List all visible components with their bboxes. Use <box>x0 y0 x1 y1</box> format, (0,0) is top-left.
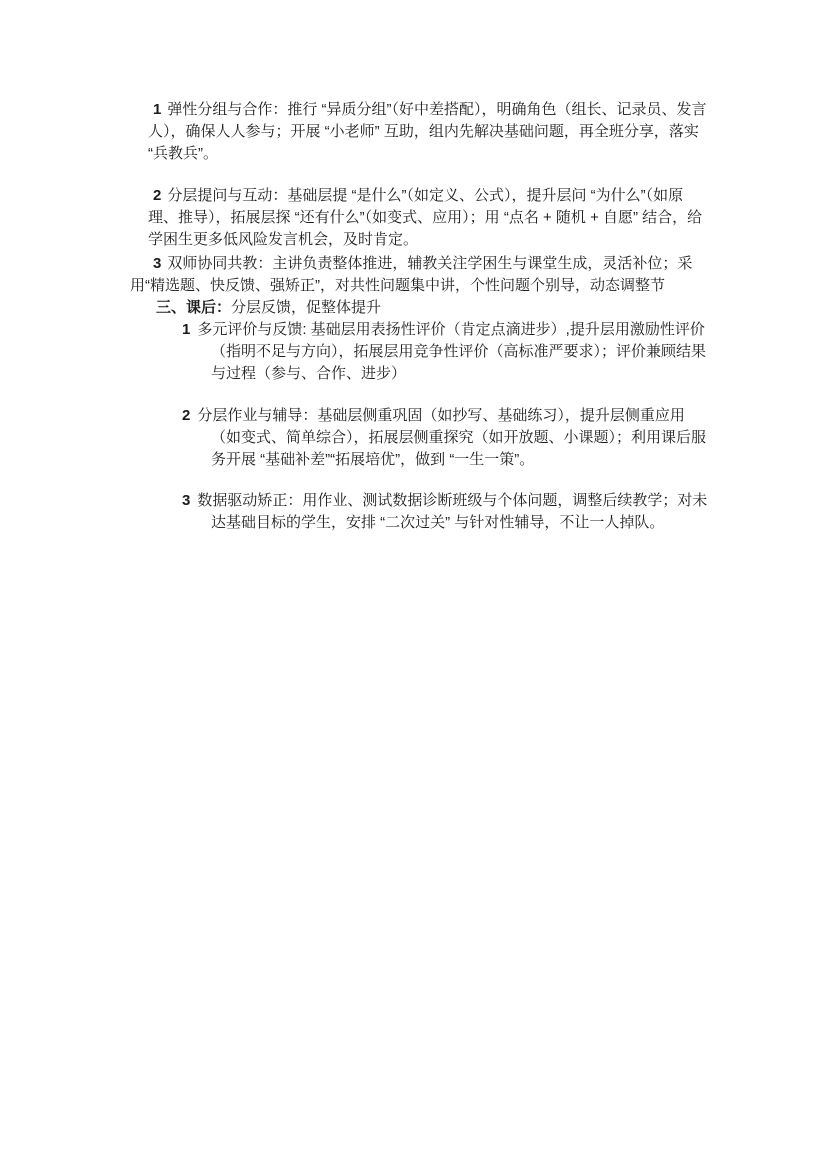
numbered-item-during-2: 2分层提问与互动：基础层提 “是什么”（如定义、公式），提升层问 “为什么”（如… <box>148 185 713 251</box>
list-number: 3 <box>182 492 190 509</box>
blank-line <box>0 165 827 185</box>
document-page: { "page": { "background": "#ffffff", "te… <box>0 0 827 1170</box>
item-text: 分层提问与互动：基础层提 “是什么”（如定义、公式），提升层问 “为什么”（如原… <box>148 187 702 248</box>
numbered-item-after-1: 1多元评价与反馈: 基础层用表扬性评价（肯定点滴进步）,提升层用激励性评价（指明… <box>211 319 713 385</box>
item-text: 分层作业与辅导：基础层侧重巩固（如抄写、基础练习），提升层侧重应用（如变式、简单… <box>197 407 706 468</box>
list-number: 2 <box>153 187 161 204</box>
list-number: 3 <box>153 255 161 272</box>
numbered-item-during-3: 3双师协同共教：主讲负责整体推进，辅教关注学困生与课堂生成，灵活补位；采用“精选… <box>130 253 713 297</box>
item-text: 双师协同共教：主讲负责整体推进，辅教关注学困生与课堂生成，灵活补位；采用“精选题… <box>130 255 692 294</box>
numbered-item-after-3: 3数据驱动矫正：用作业、测试数据诊断班级与个体问题，调整后续教学；对未达基础目标… <box>211 490 713 534</box>
item-text: 数据驱动矫正：用作业、测试数据诊断班级与个体问题，调整后续教学；对未达基础目标的… <box>197 492 707 531</box>
section-heading-title: 分层反馈，促整体提升 <box>231 299 381 316</box>
section-heading-label: 三、课后： <box>156 299 231 316</box>
document-body: 1弹性分组与合作：推行 “异质分组”（好中差搭配），明确角色（组长、记录员、发言… <box>0 99 827 534</box>
numbered-item-during-1: 1弹性分组与合作：推行 “异质分组”（好中差搭配），明确角色（组长、记录员、发言… <box>148 99 713 165</box>
numbered-item-after-2: 2分层作业与辅导：基础层侧重巩固（如抄写、基础练习），提升层侧重应用（如变式、简… <box>211 405 713 471</box>
item-text: 多元评价与反馈: 基础层用表扬性评价（肯定点滴进步）,提升层用激励性评价（指明不… <box>197 321 706 382</box>
list-number: 2 <box>182 407 190 424</box>
list-number: 1 <box>182 321 190 338</box>
item-text: 弹性分组与合作：推行 “异质分组”（好中差搭配），明确角色（组长、记录员、发言人… <box>148 101 707 162</box>
list-number: 1 <box>153 101 161 118</box>
section-heading-after-class: 三、课后：分层反馈，促整体提升 <box>156 297 713 319</box>
